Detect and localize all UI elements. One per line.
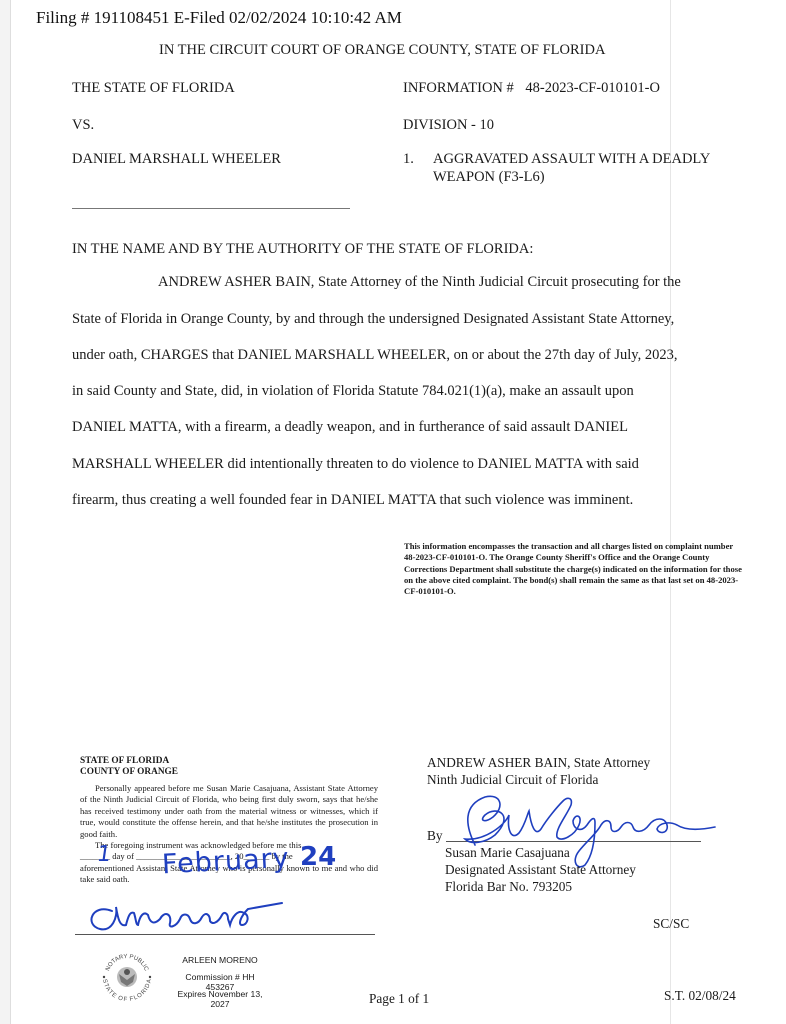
notary-signature-line [75, 934, 375, 935]
charging-line: DANIEL MATTA, with a firearm, a deadly w… [72, 419, 628, 436]
notary-signature [82, 895, 292, 935]
charging-line: MARSHALL WHEELER did intentionally threa… [72, 456, 639, 473]
signer-name: Susan Marie Casajuana [445, 845, 570, 861]
viewer-left-gutter [0, 0, 11, 1024]
initials: SC/SC [653, 916, 689, 932]
jurat-state: STATE OF FLORIDA [80, 756, 178, 767]
signer-title: Designated Assistant State Attorney [445, 862, 636, 878]
handwritten-year: 24 [300, 842, 336, 872]
information-number: INFORMATION # 48-2023-CF-010101-O [403, 80, 660, 97]
charging-line: in said County and State, did, in violat… [72, 383, 634, 400]
notary-expiration: Expires November 13, 2027 [170, 989, 270, 1009]
notary-name: ARLEEN MORENO [170, 955, 270, 965]
versus: VS. [72, 117, 94, 134]
charging-line: State of Florida in Orange County, by an… [72, 311, 674, 328]
page-indicator: Page 1 of 1 [369, 991, 429, 1007]
complaint-notice: This information encompasses the transac… [404, 541, 744, 597]
jurat-county: COUNTY OF ORANGE [80, 767, 178, 778]
caption-divider [72, 208, 350, 209]
information-value: 48-2023-CF-010101-O [525, 80, 660, 96]
filing-stamp: Filing # 191108451 E-Filed 02/02/2024 10… [36, 8, 402, 28]
footer-code: S.T. 02/08/24 [664, 988, 736, 1004]
charging-line: firearm, thus creating a well founded fe… [72, 492, 633, 509]
charging-line: ANDREW ASHER BAIN, State Attorney of the… [158, 274, 681, 291]
jurat-heading: STATE OF FLORIDA COUNTY OF ORANGE [80, 756, 178, 778]
by-label: By [427, 828, 443, 844]
charge-line-2: WEAPON (F3-L6) [433, 169, 545, 186]
jurat-paragraph-1: Personally appeared before me Susan Mari… [80, 783, 378, 840]
charge-line-1: AGGRAVATED ASSAULT WITH A DEADLY [433, 151, 710, 168]
notary-seal-icon: NOTARY PUBLIC STATE OF FLORIDA [100, 950, 154, 1004]
plaintiff: THE STATE OF FLORIDA [72, 80, 235, 97]
charging-line: under oath, CHARGES that DANIEL MARSHALL… [72, 347, 677, 364]
division: DIVISION - 10 [403, 117, 494, 134]
authority-heading: IN THE NAME AND BY THE AUTHORITY OF THE … [72, 241, 533, 258]
defendant: DANIEL MARSHALL WHEELER [72, 151, 281, 168]
bar-number: Florida Bar No. 793205 [445, 879, 572, 895]
state-attorney-line: ANDREW ASHER BAIN, State Attorney [427, 755, 650, 771]
information-label: INFORMATION # [403, 80, 514, 96]
charge-number: 1. [403, 151, 414, 168]
court-title: IN THE CIRCUIT COURT OF ORANGE COUNTY, S… [159, 42, 605, 59]
